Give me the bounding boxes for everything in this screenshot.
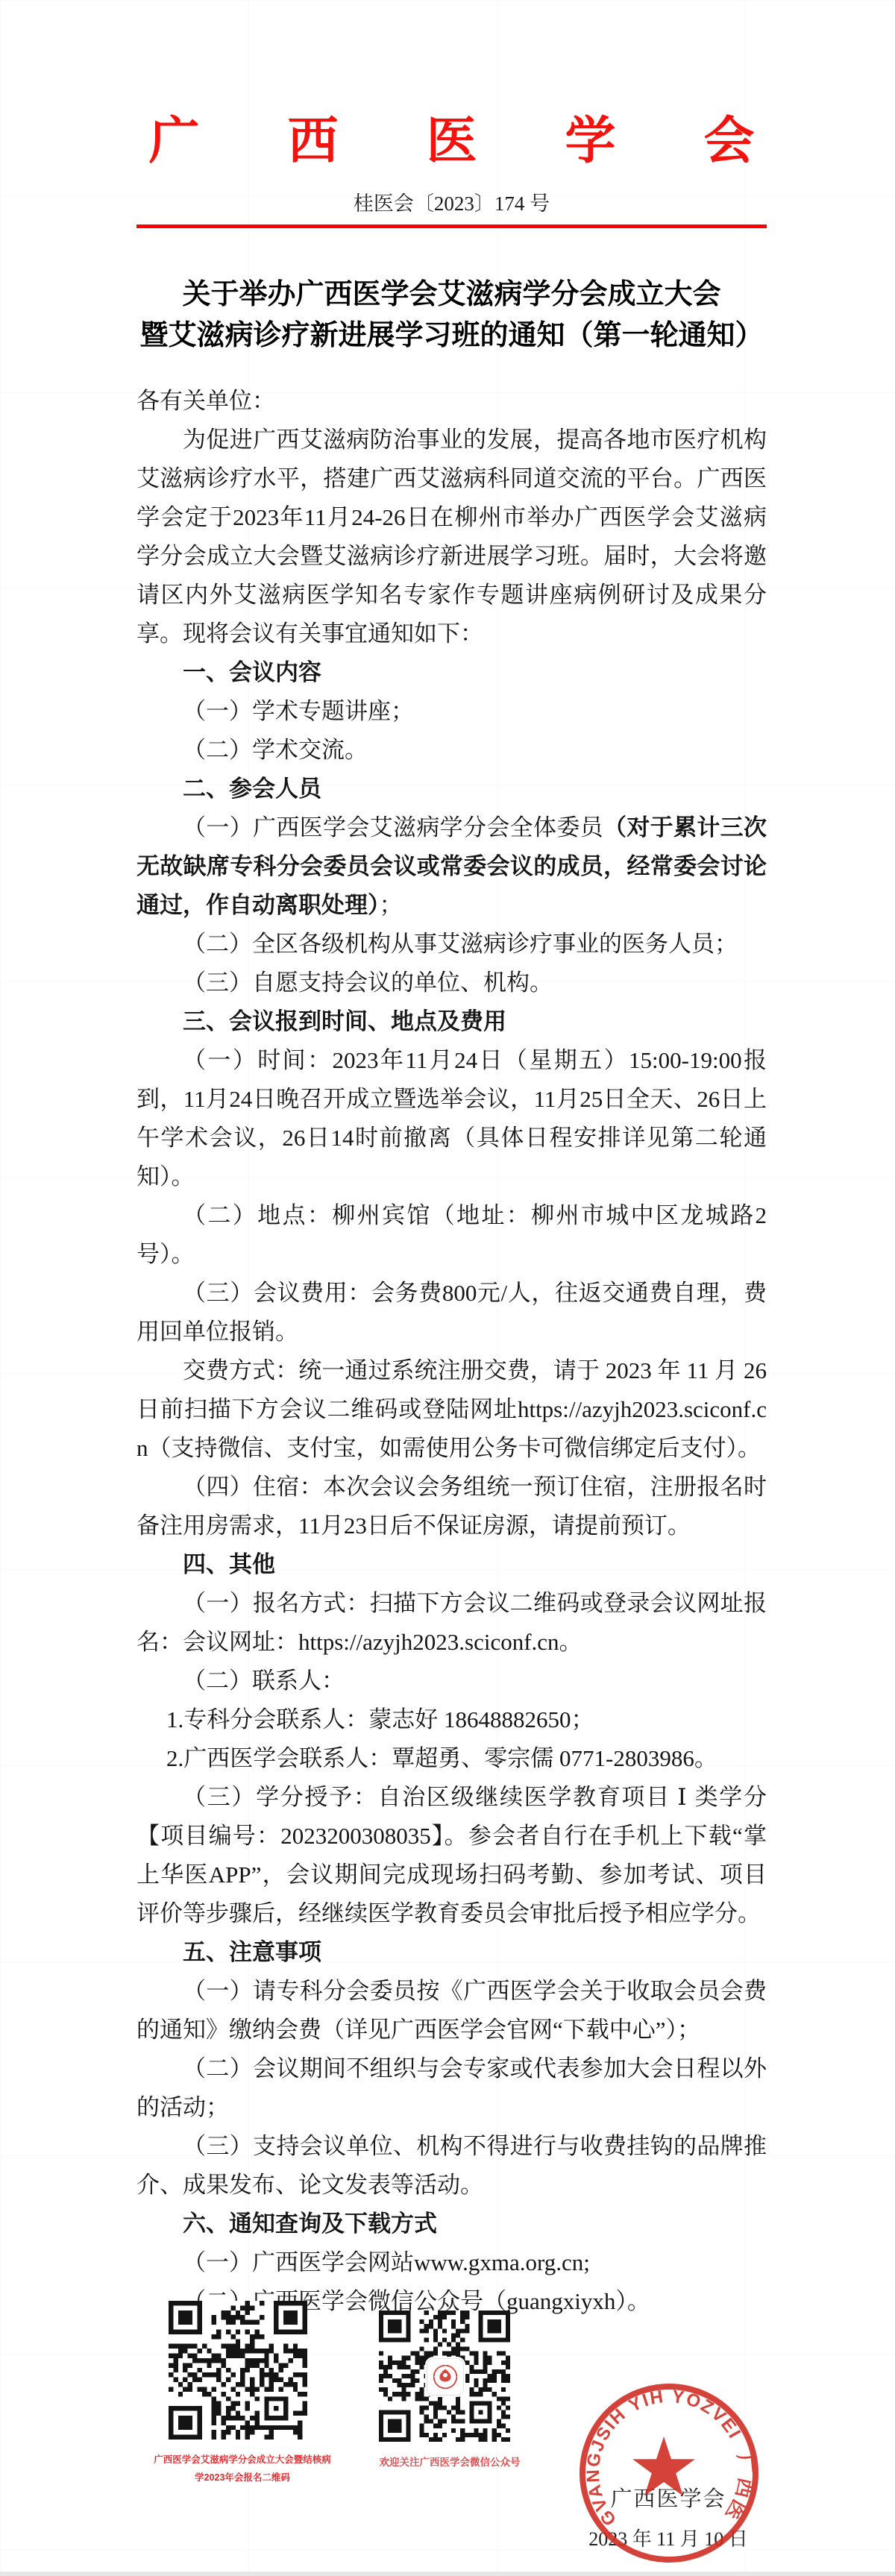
- page-bottom-edge: [0, 2572, 895, 2576]
- section-heading: 一、会议内容: [136, 653, 767, 692]
- paragraph: （三）会议费用：会务费800元/人，往返交通费自理，费用回单位报销。: [136, 1274, 767, 1351]
- paragraph: （一）报名方式：扫描下方会议二维码或登录会议网址报名：会议网址：https://…: [136, 1584, 767, 1662]
- paragraph: （一）时间：2023年11月24日（星期五）15:00-19:00报到，11月2…: [136, 1041, 767, 1196]
- letterhead-org-name: 广西医学会: [136, 0, 767, 184]
- section-heading: 三、会议报到时间、地点及费用: [136, 1002, 767, 1041]
- seal-star-icon: [632, 2437, 695, 2496]
- section-heading: 四、其他: [136, 1545, 767, 1584]
- registration-qr-caption-line1: 广西医学会艾滋病学分会成立大会暨结核病: [151, 2451, 333, 2469]
- paragraph: （二）地点：柳州宾馆（地址：柳州市城中区龙城路2号）。: [136, 1196, 767, 1274]
- paragraph: （二）全区各级机构从事艾滋病诊疗事业的医务人员；: [136, 925, 767, 964]
- paragraph: 为促进广西艾滋病防治事业的发展，提高各地市医疗机构艾滋病诊疗水平，搭建广西艾滋病…: [136, 421, 767, 653]
- salutation: 各有关单位：: [136, 382, 767, 421]
- document-body: 为促进广西艾滋病防治事业的发展，提高各地市医疗机构艾滋病诊疗水平，搭建广西艾滋病…: [136, 421, 767, 2321]
- section-heading: 五、注意事项: [136, 1933, 767, 1972]
- section-heading: 二、参会人员: [136, 770, 767, 808]
- notice-title: 关于举办广西医学会艾滋病学分会成立大会 暨艾滋病诊疗新进展学习班的通知（第一轮通…: [136, 274, 767, 356]
- section-heading: 六、通知查询及下载方式: [136, 2205, 767, 2243]
- paragraph: （一）学术专题讲座；: [136, 692, 767, 731]
- wechat-qr-code: [379, 2310, 510, 2442]
- registration-qr-code: [169, 2301, 307, 2440]
- notice-title-line2: 暨艾滋病诊疗新进展学习班的通知（第一轮通知）: [136, 315, 767, 356]
- paragraph: （一）请专科分会委员按《广西医学会关于收取会员会费的通知》缴纳会费（详见广西医学…: [136, 1972, 767, 2049]
- paragraph: （四）住宿：本次会议会务组统一预订住宿，注册报名时备注用房需求，11月23日后不…: [136, 1468, 767, 1545]
- registration-qr-caption-line2: 学2023年会报名二维码: [151, 2469, 333, 2487]
- paragraph: （二）学术交流。: [136, 731, 767, 770]
- qr-center-logo-icon: [427, 2358, 464, 2396]
- registration-qr-caption: 广西医学会艾滋病学分会成立大会暨结核病 学2023年会报名二维码: [151, 2451, 333, 2487]
- official-seal-stamp: GVANGJSIH YIH YOZVEI 广西医学会: [575, 2379, 763, 2567]
- paragraph: （三）支持会议单位、机构不得进行与收费挂钩的品牌推介、成果发布、论文发表等活动。: [136, 2127, 767, 2205]
- paragraph: （二）会议期间不组织与会专家或代表参加大会日程以外的活动；: [136, 2049, 767, 2127]
- wechat-qr-caption: 欢迎关注广西医学会微信公众号: [370, 2455, 530, 2470]
- registration-qr-image: [169, 2301, 307, 2440]
- document-content: 广西医学会 桂医会〔2023〕174 号 关于举办广西医学会艾滋病学分会成立大会…: [136, 0, 767, 2321]
- paragraph: 2.广西医学会联系人：覃超勇、零宗儒 0771-2803986。: [136, 1739, 767, 1778]
- paragraph: 1.专科分会联系人：蒙志好 18648882650；: [136, 1700, 767, 1739]
- paragraph: 交费方式：统一通过系统注册交费，请于 2023 年 11 月 26 日前扫描下方…: [136, 1351, 767, 1468]
- letterhead-org-text: 广西医学会: [148, 113, 842, 169]
- paragraph: （一）广西医学会艾滋病学分会全体委员（对于累计三次无故缺席专科分会委员会议或常委…: [136, 808, 767, 925]
- notice-document: 广西医学会 桂医会〔2023〕174 号 关于举办广西医学会艾滋病学分会成立大会…: [0, 0, 895, 2576]
- paragraph: （一）广西医学会网站www.gxma.org.cn;: [136, 2243, 767, 2282]
- paragraph: （三）学分授予：自治区级继续医学教育项目 Ⅰ 类学分【项目编号：20232003…: [136, 1778, 767, 1933]
- document-number: 桂医会〔2023〕174 号: [136, 189, 767, 219]
- paragraph: （二）联系人：: [136, 1662, 767, 1700]
- notice-title-line1: 关于举办广西医学会艾滋病学分会成立大会: [136, 274, 767, 315]
- red-divider-rule: [136, 224, 767, 228]
- paragraph: （三）自愿支持会议的单位、机构。: [136, 964, 767, 1002]
